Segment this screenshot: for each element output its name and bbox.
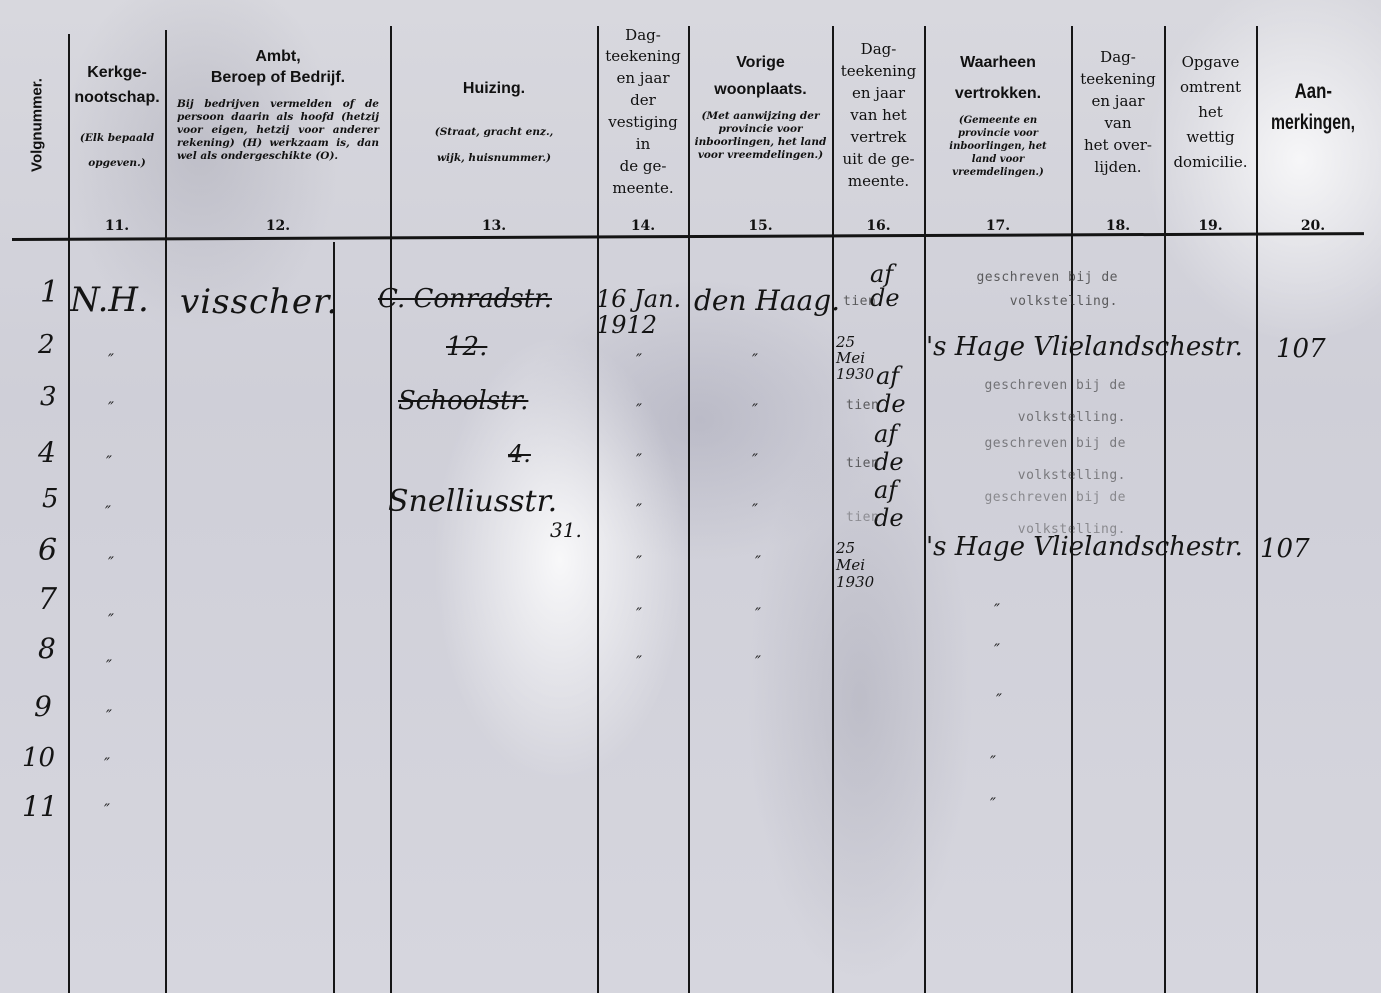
- waarheen-stamp: geschreven bij de volkstelling.: [908, 266, 1118, 314]
- vestiging-ditto: ″: [636, 604, 642, 623]
- header-col-18: Dag- teekening en jaar van het over- lij…: [1073, 26, 1163, 234]
- header-title: woonplaats.: [714, 79, 806, 100]
- row-number: 9: [34, 690, 52, 723]
- header-title: Dag-: [625, 26, 661, 45]
- row-number: 2: [38, 330, 55, 360]
- vestiging-ditto: ″: [636, 450, 642, 469]
- vertrek-stamp: tien: [846, 398, 879, 413]
- kerk-ditto: ″: [106, 656, 112, 675]
- header-title: der: [630, 89, 656, 111]
- header-sub: (Met aanwijzing der provincie voor inboo…: [690, 110, 831, 162]
- waarheen-ditto: ″: [996, 690, 1002, 709]
- vestiging-ditto: ″: [636, 400, 642, 419]
- kerk-ditto: ″: [106, 452, 112, 471]
- vestiging-ditto: ″: [636, 652, 642, 671]
- header-num: 12.: [167, 218, 389, 234]
- row-number: 6: [38, 533, 57, 568]
- header-title: lijden.: [1094, 156, 1141, 178]
- row-number: 5: [42, 484, 59, 514]
- kerk-ditto: ″: [105, 502, 111, 521]
- header-title: Dag-: [1100, 46, 1136, 68]
- row-number: 8: [38, 632, 56, 665]
- header-col-15: Vorige woonplaats. (Met aanwijzing der p…: [690, 26, 831, 234]
- header-num: 19.: [1166, 218, 1255, 234]
- huizing-value: Schoolstr.: [398, 386, 528, 416]
- vestiging-ditto: ″: [636, 552, 642, 571]
- vertrek-stamp: tien: [846, 510, 879, 525]
- header-title: nootschap.: [74, 87, 159, 108]
- vertrek-stamp: tien: [843, 294, 876, 309]
- vestiging-ditto: ″: [636, 500, 642, 519]
- waarheen-ditto: ″: [994, 600, 1000, 619]
- header-title: merkingen,: [1271, 106, 1355, 140]
- header-sub: Bij bedrijven vermelden of de persoon da…: [167, 98, 389, 163]
- header-title: teekening: [1080, 68, 1155, 90]
- header-sub: (Straat, gracht enz., wijk, huisnummer.): [392, 119, 596, 171]
- row-number: 11: [22, 790, 58, 823]
- header-title: van het: [850, 104, 906, 126]
- header-title: van: [1104, 112, 1131, 134]
- domicilie-value: 107: [1276, 334, 1326, 364]
- kerk-ditto: ″: [104, 754, 110, 773]
- header-title: en jaar: [1091, 90, 1144, 112]
- header-num: 20.: [1258, 218, 1368, 234]
- waarheen-stamp: geschreven bij de volkstelling.: [912, 370, 1126, 434]
- kerk-ditto: ″: [108, 610, 114, 629]
- header-title: meente.: [848, 170, 909, 192]
- header-title: Huizing.: [463, 78, 525, 99]
- waarheen-ditto: ″: [994, 640, 1000, 659]
- vertrek-value: af de: [876, 362, 916, 418]
- waarheen-value: 's Hage Vlielandschestr.: [926, 532, 1243, 562]
- header-num: 15.: [690, 218, 831, 234]
- header-title: het: [1198, 100, 1223, 125]
- waarheen-ditto: ″: [990, 794, 996, 813]
- waarheen-value: 's Hage Vlielandschestr.: [926, 332, 1243, 362]
- header-title: vertrokken.: [955, 83, 1041, 104]
- vorige-ditto: ″: [755, 604, 761, 623]
- header-title: meente.: [612, 177, 673, 199]
- header-num: 16.: [834, 218, 923, 234]
- header-volgnummer: Volgnummer.: [22, 60, 52, 190]
- vertrek-date: 25 Mei 1930: [836, 540, 888, 591]
- kerk-ditto: ″: [108, 350, 114, 369]
- vorige-ditto: ″: [755, 552, 761, 571]
- header-title: Waarheen: [960, 52, 1036, 73]
- header-col-14: Dag- teekening en jaar der vestiging in …: [599, 26, 687, 234]
- header-col-20: Aan- merkingen, 20.: [1258, 26, 1368, 234]
- vertrek-value: af de: [874, 476, 914, 532]
- header-sub: (Elk bepaald opgeven.): [70, 126, 164, 176]
- header-title: en jaar: [852, 82, 905, 104]
- header-title: vestiging: [608, 111, 678, 133]
- vorige-ditto: ″: [755, 652, 761, 671]
- vestiging-ditto: ″: [636, 350, 642, 369]
- row-number: 1: [40, 275, 59, 310]
- huizing-value: 12.: [446, 332, 487, 362]
- row-number: 7: [38, 582, 57, 617]
- vorige-value: den Haag.: [694, 284, 840, 317]
- huizing-value: C. Conradstr.: [378, 284, 552, 314]
- kerk-value: N.H.: [70, 280, 149, 320]
- header-num: 14.: [599, 218, 687, 234]
- header-title: Opgave: [1182, 50, 1240, 75]
- row-number: 3: [40, 382, 57, 412]
- header-num: 11.: [70, 218, 164, 234]
- header-col-13: Huizing. (Straat, gracht enz., wijk, hui…: [392, 26, 596, 234]
- kerk-ditto: ″: [108, 398, 114, 417]
- row-number: 4: [38, 436, 56, 469]
- vestiging-value: 16 Jan. 1912: [596, 286, 686, 338]
- header-col-12: Ambt, Beroep of Bedrijf. Bij bedrijven v…: [167, 26, 389, 234]
- vertrek-value: af de: [874, 420, 914, 476]
- header-title: Vorige: [736, 52, 785, 73]
- header-num: 18.: [1073, 218, 1163, 234]
- header-title: Kerkge-: [87, 62, 147, 83]
- header-title: in: [636, 133, 650, 155]
- header-title: en jaar: [616, 67, 669, 89]
- waarheen-ditto: ″: [990, 752, 996, 771]
- header-sub: (Gemeente en provincie voor inboorlingen…: [926, 114, 1070, 179]
- domicilie-value: 107: [1260, 534, 1310, 564]
- vorige-ditto: ″: [752, 500, 758, 519]
- header-title: wettig: [1186, 125, 1234, 150]
- vorige-ditto: ″: [752, 450, 758, 469]
- kerk-ditto: ″: [108, 553, 114, 572]
- vertrek-stamp: tien: [846, 456, 879, 471]
- header-title: vertrek: [851, 126, 907, 148]
- vorige-ditto: ″: [752, 400, 758, 419]
- header-col-19: Opgave omtrent het wettig domicilie. 19.: [1166, 26, 1255, 234]
- header-title: teekening: [841, 60, 916, 82]
- header-title: Dag-: [861, 38, 897, 60]
- kerk-ditto: ″: [106, 706, 112, 725]
- header-title: teekening: [605, 45, 680, 67]
- header-num: 13.: [392, 218, 596, 234]
- row-number: 10: [22, 743, 55, 773]
- beroep-value: visscher.: [180, 282, 338, 322]
- header-num: 17.: [926, 218, 1070, 234]
- header-title: Aan-: [1294, 78, 1331, 106]
- header-volgnummer-label: Volgnummer.: [29, 78, 46, 172]
- vorige-ditto: ″: [752, 350, 758, 369]
- header-title: uit de ge-: [842, 148, 914, 170]
- header-col-17: Waarheen vertrokken. (Gemeente en provin…: [926, 26, 1070, 234]
- huizing-number: 31.: [550, 518, 582, 542]
- column-divider: [333, 242, 335, 993]
- header-title: omtrent: [1180, 75, 1241, 100]
- header-title: Ambt,: [255, 46, 300, 67]
- huizing-value: 4.: [508, 440, 531, 468]
- kerk-ditto: ″: [104, 800, 110, 819]
- header-title: het over-: [1084, 134, 1152, 156]
- huizing-value: Snelliusstr.: [388, 484, 557, 519]
- header-col-16: Dag- teekening en jaar van het vertrek u…: [834, 26, 923, 234]
- header-title: Beroep of Bedrijf.: [211, 67, 345, 88]
- header-title: de ge-: [620, 155, 667, 177]
- header-col-11: Kerkge- nootschap. (Elk bepaald opgeven.…: [70, 26, 164, 234]
- header-title: domicilie.: [1173, 150, 1247, 175]
